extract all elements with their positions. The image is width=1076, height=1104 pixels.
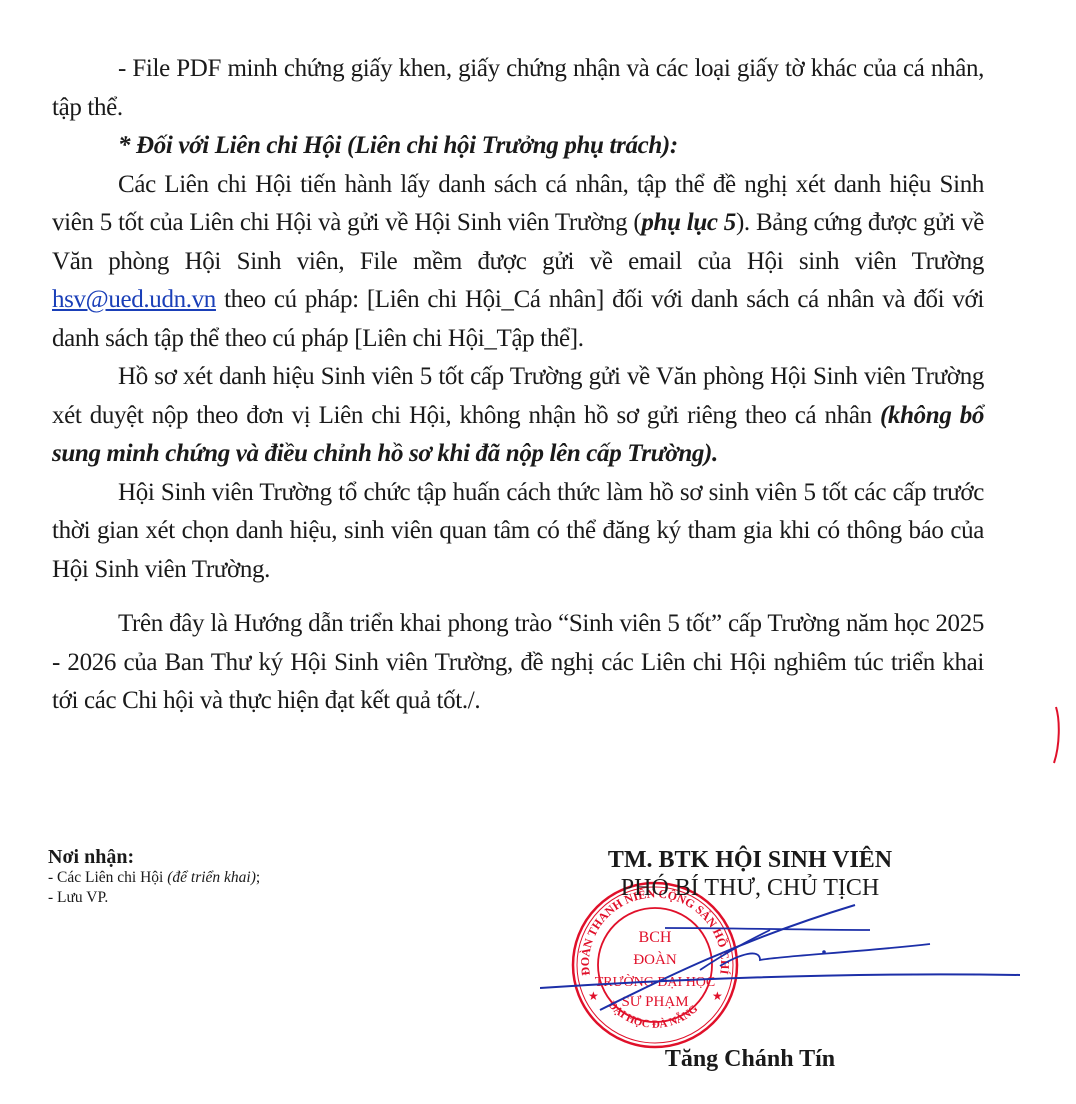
signer-name: Tăng Chánh Tín (560, 1046, 940, 1073)
text: ; (256, 869, 260, 886)
signature-position: PHÓ BÍ THƯ, CHỦ TỊCH (560, 874, 940, 902)
handwritten-signature-icon (540, 900, 1030, 1030)
recipient-item: - Lưu VP. (48, 888, 260, 908)
recipients-block: Nơi nhận: - Các Liên chi Hội (để triển k… (48, 846, 260, 908)
red-margin-mark-icon (1050, 705, 1062, 765)
section-heading-lien-chi-hoi: * Đối với Liên chi Hội (Liên chi hội Trư… (52, 127, 984, 166)
document-page: - File PDF minh chứng giấy khen, giấy ch… (0, 0, 1076, 1104)
text: Hồ sơ xét danh hiệu Sinh viên 5 tốt cấp … (52, 363, 984, 429)
text: - Các Liên chi Hội (48, 869, 167, 886)
document-body: - File PDF minh chứng giấy khen, giấy ch… (52, 50, 984, 721)
appendix-ref: phụ lục 5 (641, 209, 736, 236)
paragraph-pdf-evidence: - File PDF minh chứng giấy khen, giấy ch… (52, 50, 984, 127)
email-link[interactable]: hsv@ued.udn.vn (52, 286, 216, 313)
paragraph-closing: Trên đây là Hướng dẫn triển khai phong t… (52, 605, 984, 721)
paragraph-submission: Các Liên chi Hội tiến hành lấy danh sách… (52, 166, 984, 359)
recipients-title: Nơi nhận: (48, 846, 260, 868)
signature-block: TM. BTK HỘI SINH VIÊN PHÓ BÍ THƯ, CHỦ TỊ… (560, 846, 940, 902)
signature-org: TM. BTK HỘI SINH VIÊN (560, 846, 940, 874)
recipient-item: - Các Liên chi Hội (để triển khai); (48, 868, 260, 888)
paragraph-training: Hội Sinh viên Trường tổ chức tập huấn cá… (52, 474, 984, 590)
paragraph-review: Hồ sơ xét danh hiệu Sinh viên 5 tốt cấp … (52, 358, 984, 474)
text: (để triển khai) (167, 869, 256, 886)
